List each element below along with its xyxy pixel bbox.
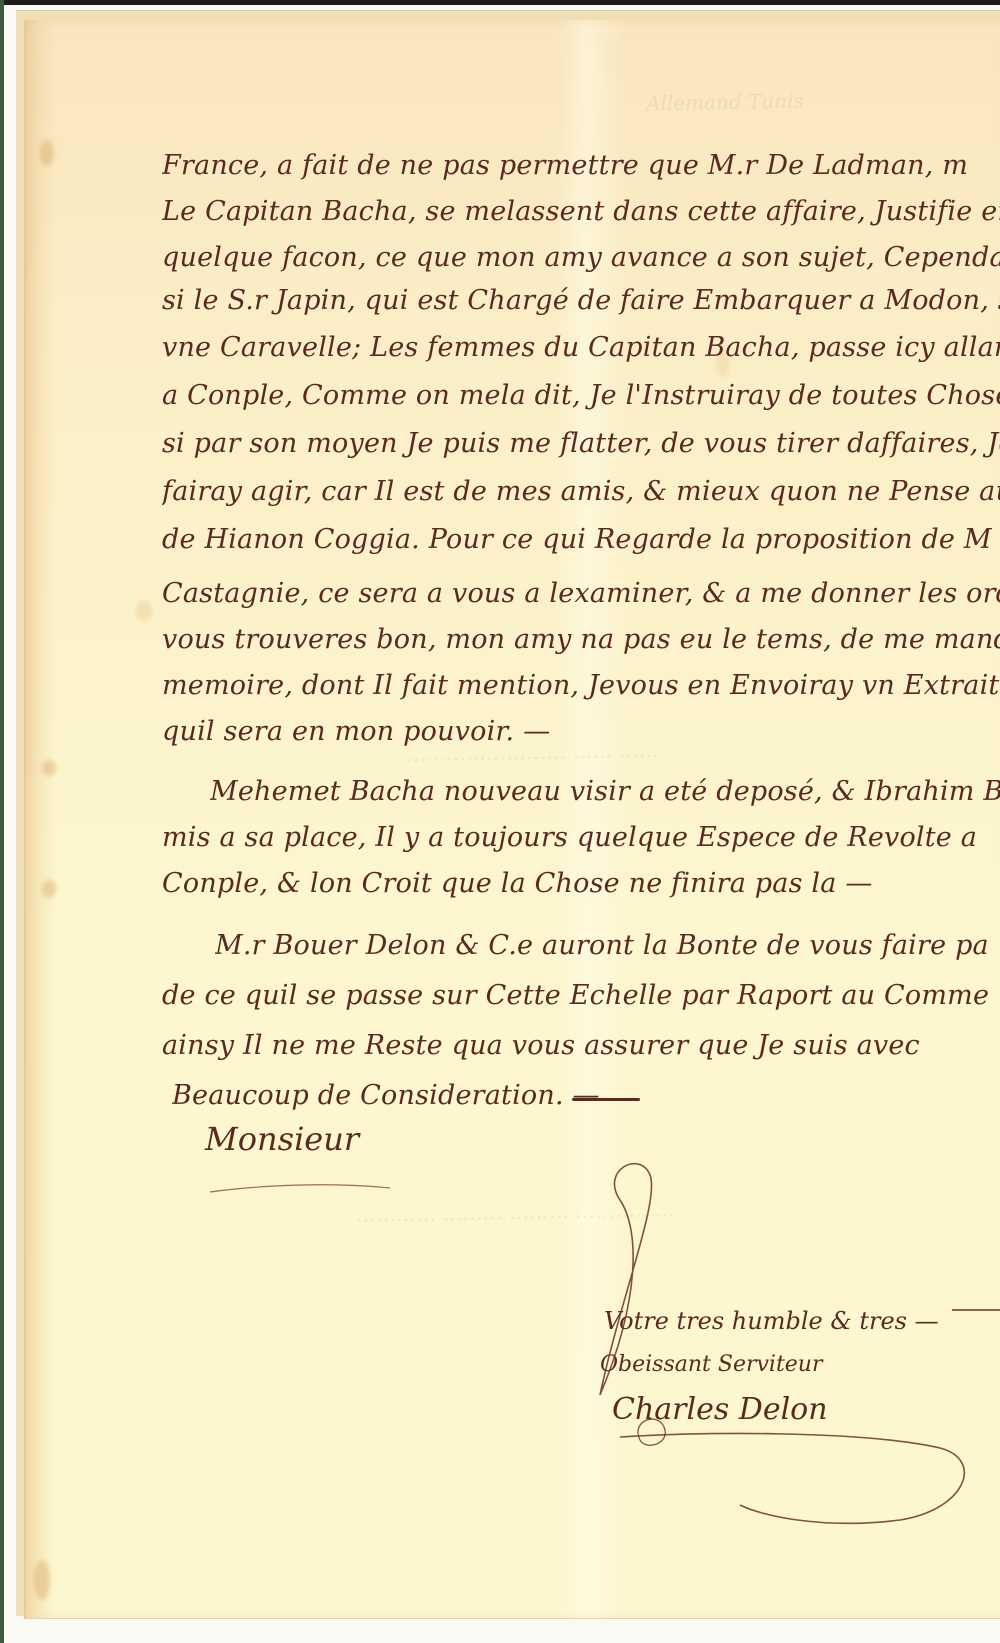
- letter-line: Mehemet Bacha nouveau visir a eté deposé…: [210, 776, 1000, 807]
- letter-line: ainsy Il ne me Reste qua vous assurer qu…: [162, 1030, 1000, 1061]
- letter-line: vous trouveres bon, mon amy na pas eu le…: [162, 624, 1000, 655]
- closing-formula-line1: Votre tres humble & tres —: [604, 1307, 939, 1335]
- signature: Charles Delon: [612, 1392, 828, 1427]
- letter-line: a Conple, Comme on mela dit, Je l'Instru…: [162, 380, 1000, 411]
- letter-line: si le S.r Japin, qui est Chargé de faire…: [162, 285, 1000, 316]
- letter-line: si par son moyen Je puis me flatter, de …: [162, 428, 1000, 459]
- letter-line: Conple, & lon Croit que la Chose ne fini…: [162, 868, 1000, 899]
- closing-dash: [572, 1098, 640, 1101]
- letter-line: Beaucoup de Consideration. —: [172, 1080, 672, 1111]
- letter-line: France, a fait de ne pas permettre que M…: [162, 150, 1000, 181]
- closing-formula-line2: Obeissant Serviteur: [600, 1352, 823, 1377]
- letter-line: mis a sa place, Il y a toujours quelque …: [162, 822, 1000, 853]
- letter-text: France, a fait de ne pas permettre que M…: [0, 0, 1000, 1643]
- letter-line: quelque facon, ce que mon amy avance a s…: [162, 242, 1000, 273]
- letter-line: Castagnie, ce sera a vous a lexaminer, &…: [162, 578, 1000, 609]
- letter-line: vne Caravelle; Les femmes du Capitan Bac…: [162, 332, 1000, 363]
- letter-line: fairay agir, car Il est de mes amis, & m…: [162, 476, 1000, 507]
- letter-line: quil sera en mon pouvoir. —: [162, 716, 1000, 747]
- letter-line: memoire, dont Il fait mention, Jevous en…: [162, 670, 1000, 701]
- letter-line: M.r Bouer Delon & C.e auront la Bonte de…: [215, 930, 1000, 961]
- salutation: Monsieur: [205, 1120, 359, 1158]
- letter-line: de ce quil se passe sur Cette Echelle pa…: [162, 980, 1000, 1011]
- letter-line: de Hianon Coggia. Pour ce qui Regarde la…: [162, 524, 1000, 555]
- letter-line: Le Capitan Bacha, se melassent dans cett…: [162, 196, 1000, 227]
